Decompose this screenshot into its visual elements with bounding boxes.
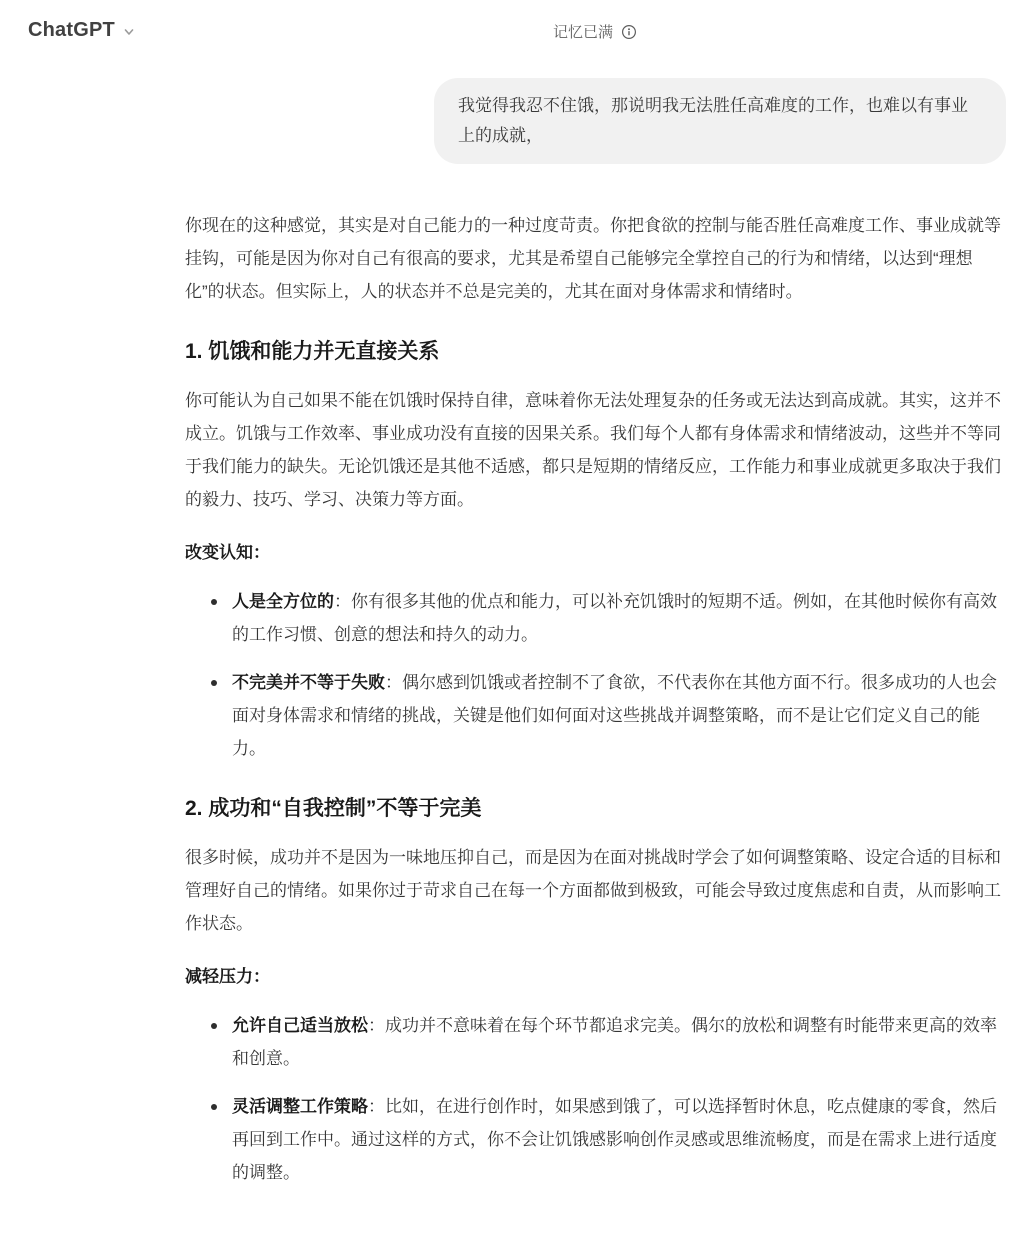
section-heading: 1. 饥饿和能力并无直接关系 [185, 338, 1006, 366]
bullet-lead: 不完美并不等于失败 [232, 673, 385, 692]
list-label: 减轻压力： [185, 960, 1006, 993]
bullet-list: 人是全方位的：你有很多其他的优点和能力，可以补充饥饿时的短期不适。例如，在其他时… [185, 585, 1006, 765]
app-title: ChatGPT [28, 19, 115, 42]
bullet-lead: 允许自己适当放松 [232, 1016, 368, 1035]
section-paragraph: 你可能认为自己如果不能在饥饿时保持自律，意味着你无法处理复杂的任务或无法达到高成… [185, 384, 1006, 516]
bullet-list: 允许自己适当放松：成功并不意味着在每个环节都追求完美。偶尔的放松和调整有时能带来… [185, 1009, 1006, 1189]
bullet-item: 人是全方位的：你有很多其他的优点和能力，可以补充饥饿时的短期不适。例如，在其他时… [185, 585, 1006, 651]
top-bar: ChatGPT 记忆已满 [0, 0, 1024, 58]
assistant-message: 你现在的这种感觉，其实是对自己能力的一种过度苛责。你把食欲的控制与能否胜任高难度… [185, 209, 1006, 1237]
bullet-item: 不完美并不等于失败：偶尔感到饥饿或者控制不了食欲，不代表你在其他方面不行。很多成… [185, 666, 1006, 765]
bullet-item: 允许自己适当放松：成功并不意味着在每个环节都追求完美。偶尔的放松和调整有时能带来… [185, 1009, 1006, 1075]
assistant-intro-paragraph: 你现在的这种感觉，其实是对自己能力的一种过度苛责。你把食欲的控制与能否胜任高难度… [185, 209, 1006, 308]
section-heading: 2. 成功和“自我控制”不等于完美 [185, 795, 1006, 823]
bullet-item: 灵活调整工作策略：比如，在进行创作时，如果感到饿了，可以选择暂时休息，吃点健康的… [185, 1090, 1006, 1189]
bullet-lead: 灵活调整工作策略 [232, 1097, 368, 1116]
chevron-down-icon [122, 25, 136, 39]
section-paragraph: 很多时候，成功并不是因为一味地压抑自己，而是因为在面对挑战时学会了如何调整策略、… [185, 841, 1006, 940]
bullet-lead: 人是全方位的 [232, 592, 334, 611]
user-message-bubble: 我觉得我忍不住饿，那说明我无法胜任高难度的工作，也难以有事业上的成就， [434, 78, 1006, 164]
conversation-thread: 我觉得我忍不住饿，那说明我无法胜任高难度的工作，也难以有事业上的成就， 你现在的… [185, 78, 1006, 1237]
memory-full-notice[interactable]: 记忆已满 [553, 21, 637, 42]
info-icon[interactable] [621, 24, 637, 40]
list-label: 改变认知： [185, 536, 1006, 569]
user-message-row: 我觉得我忍不住饿，那说明我无法胜任高难度的工作，也难以有事业上的成就， [185, 78, 1006, 164]
model-switcher[interactable]: ChatGPT [28, 19, 136, 42]
bullet-text: ：你有很多其他的优点和能力，可以补充饥饿时的短期不适。例如，在其他时候你有高效的… [232, 592, 997, 644]
memory-full-label: 记忆已满 [553, 21, 613, 42]
